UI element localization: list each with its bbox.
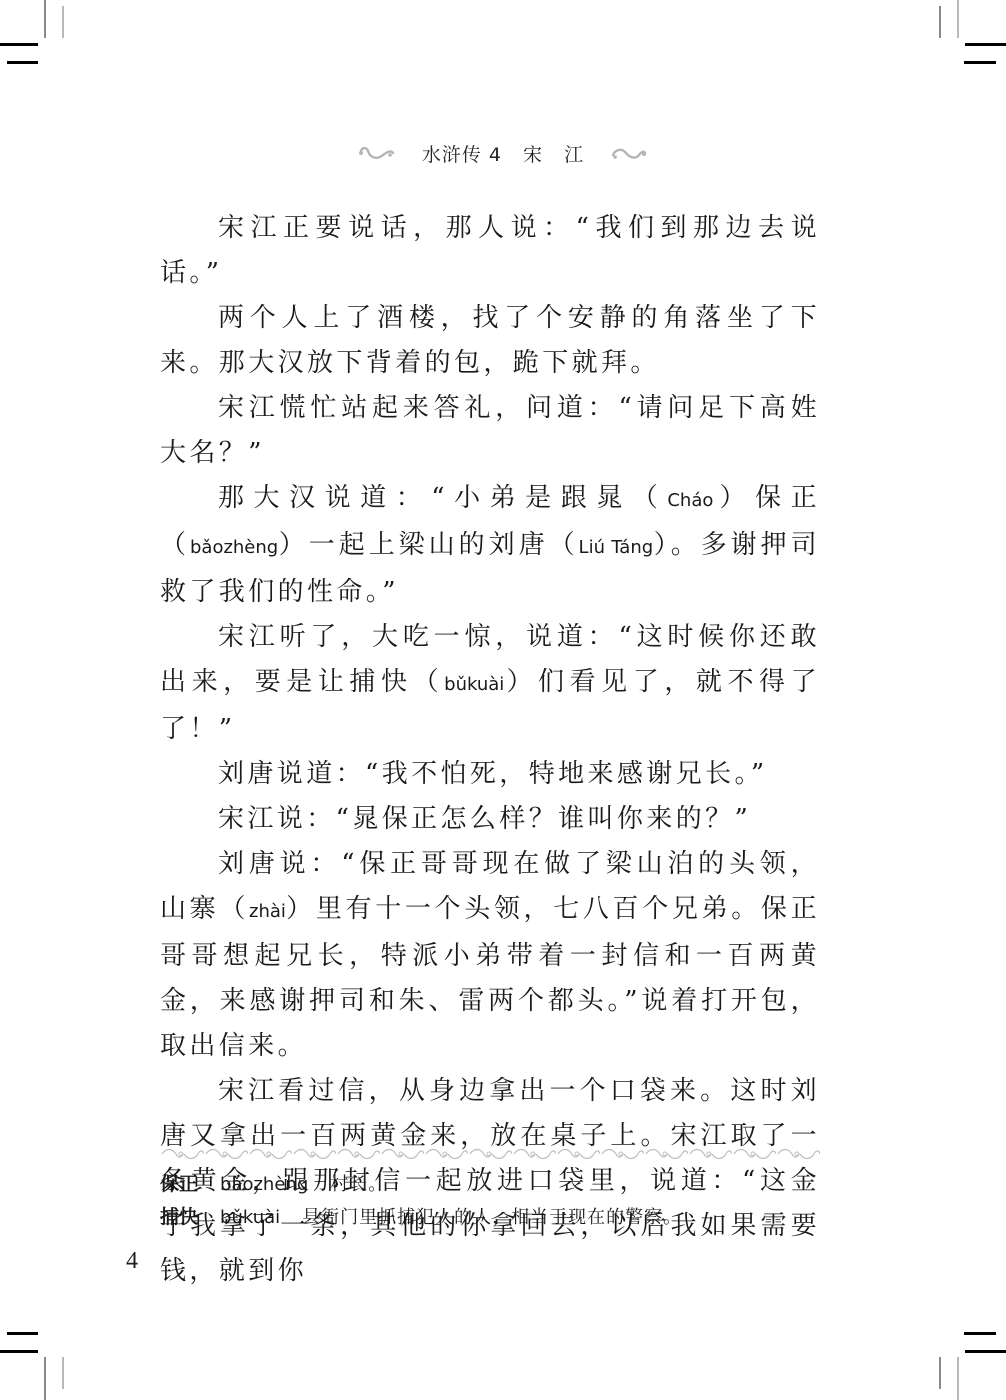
- swirl-ornament-icon: [609, 143, 649, 165]
- pinyin-annotation: bǎozhèng: [190, 537, 278, 558]
- paragraph: 宋江慌忙站起来答礼，问道：“请问足下高姓大名？”: [160, 386, 820, 476]
- crop-mark: [44, 0, 46, 38]
- paragraph: 刘唐说道：“我不怕死，特地来感谢兄长。”: [160, 752, 820, 797]
- footnote-term: 保正: [160, 1168, 198, 1200]
- crop-mark: [939, 6, 941, 38]
- crop-mark: [957, 1357, 959, 1400]
- paragraph: 刘唐说：“保正哥哥现在做了梁山泊的头领，山寨（zhài）里有十一个头领，七八百个…: [160, 842, 820, 1069]
- paragraph: 那大汉说道：“小弟是跟晁（Cháo）保正（bǎozhèng）一起上梁山的刘唐（L…: [160, 476, 820, 615]
- story-body: 宋江正要说话，那人说：“我们到那边去说话。”两个人上了酒楼，找了个安静的角落坐了…: [160, 206, 820, 1294]
- pinyin-annotation: zhài: [249, 901, 286, 922]
- footnote: 保正 bǎozhèng 村长。: [160, 1168, 820, 1201]
- text-segment: （: [549, 530, 579, 560]
- footnote-term: 捕快: [160, 1201, 198, 1233]
- crop-mark: [0, 43, 38, 46]
- paragraph: 两个人上了酒楼，找了个安静的角落坐了下来。那大汉放下背着的包，跪下就拜。: [160, 296, 820, 386]
- crop-mark: [7, 1332, 38, 1335]
- crop-mark: [965, 43, 1006, 46]
- crop-mark: [7, 61, 38, 64]
- text-segment: （: [413, 667, 445, 697]
- pinyin-annotation: bǔkuài: [444, 674, 504, 695]
- footnotes: 保正 bǎozhèng 村长。 捕快 bǔkuài 县衙门里抓捕犯人的人，相当于…: [160, 1168, 820, 1234]
- paragraph: 宋江正要说话，那人说：“我们到那边去说话。”: [160, 206, 820, 296]
- crop-mark: [964, 61, 996, 64]
- text-segment: ）保正: [713, 483, 820, 513]
- crop-mark: [62, 1357, 64, 1389]
- text-segment: 那大汉说道：“小弟是跟晁: [218, 483, 632, 513]
- crop-mark: [965, 1350, 1006, 1353]
- crop-mark: [964, 1332, 996, 1335]
- running-head-title: 水浒传 4 宋 江: [415, 140, 591, 167]
- chapter-title-char: 宋: [523, 144, 543, 166]
- crop-mark: [957, 0, 959, 38]
- pinyin-annotation: Liú Táng: [579, 537, 654, 558]
- footnote-definition: 村长。: [330, 1169, 387, 1201]
- crop-mark: [0, 1350, 38, 1353]
- crop-mark: [939, 1357, 941, 1389]
- page-number: 4: [126, 1248, 138, 1275]
- pinyin-annotation: Cháo: [667, 490, 713, 511]
- text-segment: ）一起上梁山的刘唐: [278, 530, 548, 560]
- swirl-ornament-icon: [357, 143, 397, 165]
- decorative-divider: [160, 1146, 820, 1162]
- text-segment: （: [219, 894, 249, 924]
- crop-mark: [62, 6, 64, 38]
- paragraph: 宋江听了，大吃一惊，说道：“这时候你还敢出来，要是让捕快（bǔkuài）们看见了…: [160, 615, 820, 752]
- footnote-pinyin: bǎozhèng: [220, 1169, 308, 1201]
- book-title: 水浒传 4: [422, 144, 502, 166]
- text-segment: （: [632, 483, 668, 513]
- footnote-pinyin: bǔkuài: [220, 1202, 280, 1234]
- crop-mark: [44, 1357, 46, 1400]
- chapter-title-char: 江: [564, 144, 584, 166]
- footnote: 捕快 bǔkuài 县衙门里抓捕犯人的人，相当于现在的警察。: [160, 1201, 820, 1234]
- text-segment: （: [160, 530, 190, 560]
- paragraph: 宋江说：“晁保正怎么样？谁叫你来的？”: [160, 797, 820, 842]
- footnote-definition: 县衙门里抓捕犯人的人，相当于现在的警察。: [302, 1202, 682, 1234]
- running-head: 水浒传 4 宋 江: [0, 140, 1006, 167]
